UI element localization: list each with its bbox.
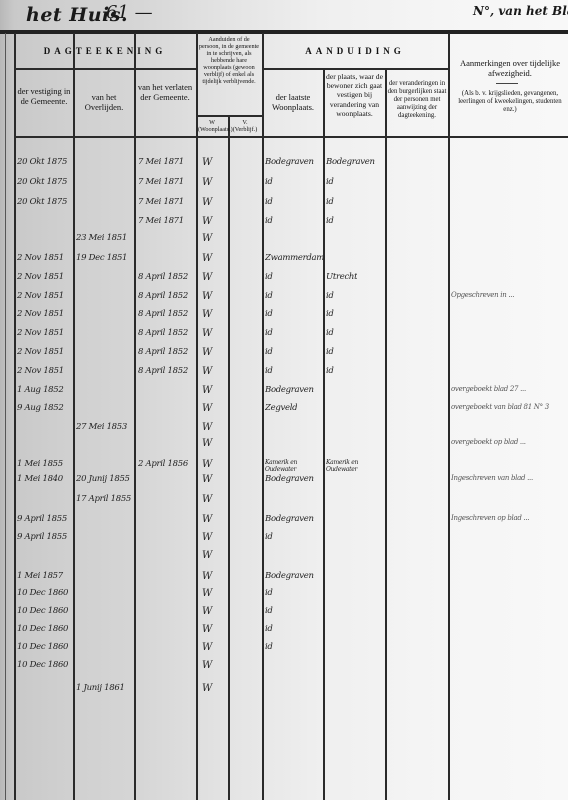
cell-plaats-vestigen: Kamerik en Oudewater bbox=[326, 459, 382, 473]
cell-woonplaats-verblijf: W bbox=[202, 403, 212, 414]
cell-woonplaats-verblijf: W bbox=[202, 309, 212, 320]
column-header-aanmerkingen: Aanmerkingen over tijdelijke afwezigheid… bbox=[452, 58, 568, 78]
cell-woonplaats-verblijf: W bbox=[202, 532, 212, 543]
cell-plaats-vestigen: id bbox=[326, 347, 334, 357]
margin-line bbox=[5, 33, 6, 800]
cell-verlaten: 7 Mei 1871 bbox=[138, 157, 184, 167]
cell-aanmerking: Opgeschreven in ... bbox=[451, 291, 514, 299]
cell-laatste-woonplaats: id bbox=[265, 272, 273, 282]
cell-vestiging: 2 Nov 1851 bbox=[17, 291, 64, 301]
header-rule bbox=[14, 68, 196, 70]
cell-woonplaats-verblijf: W bbox=[202, 422, 212, 433]
column-header-vestiging: der vestiging in de Gemeente. bbox=[16, 86, 72, 106]
column-line bbox=[385, 68, 387, 800]
cell-woonplaats-verblijf: W bbox=[202, 328, 212, 339]
column-header-w: W (Woonplaats.) bbox=[198, 119, 226, 133]
house-number-mark: 61 — bbox=[106, 2, 153, 23]
header-divider bbox=[496, 83, 518, 84]
cell-vestiging: 2 Nov 1851 bbox=[17, 272, 64, 282]
column-line bbox=[73, 33, 75, 800]
top-rule bbox=[0, 30, 568, 34]
cell-verlaten: 8 April 1852 bbox=[138, 291, 188, 301]
cell-vestiging: 9 Aug 1852 bbox=[17, 403, 64, 413]
cell-woonplaats-verblijf: W bbox=[202, 197, 212, 208]
cell-overlijden: 23 Mei 1851 bbox=[76, 233, 127, 243]
cell-laatste-woonplaats: id bbox=[265, 177, 273, 187]
cell-plaats-vestigen: Utrecht bbox=[326, 272, 357, 282]
column-header-laatste-woonplaats: der laatste Woonplaats. bbox=[266, 92, 320, 112]
cell-plaats-vestigen: id bbox=[326, 309, 334, 319]
cell-woonplaats-verblijf: W bbox=[202, 177, 212, 188]
column-line bbox=[134, 33, 136, 800]
register-page: het Huis. 61 — N°, van het Blad. DAGTEEK… bbox=[0, 0, 568, 800]
cell-woonplaats-verblijf: W bbox=[202, 571, 212, 582]
sheet-number-label: N°, van het Blad. bbox=[473, 4, 568, 18]
column-line bbox=[448, 33, 450, 800]
cell-plaats-vestigen: id bbox=[326, 197, 334, 207]
cell-verlaten: 8 April 1852 bbox=[138, 309, 188, 319]
cell-laatste-woonplaats: Bodegraven bbox=[265, 571, 314, 581]
cell-laatste-woonplaats: id bbox=[265, 291, 273, 301]
cell-vestiging: 20 Okt 1875 bbox=[17, 157, 67, 167]
cell-woonplaats-verblijf: W bbox=[202, 233, 212, 244]
cell-woonplaats-verblijf: W bbox=[202, 683, 212, 694]
column-header-plaats-vestigen: der plaats, waar de bewoner zich gaat ve… bbox=[325, 72, 384, 118]
column-line bbox=[196, 33, 198, 800]
cell-vestiging: 10 Dec 1860 bbox=[17, 624, 68, 634]
cell-vestiging: 2 Nov 1851 bbox=[17, 309, 64, 319]
cell-woonplaats-verblijf: W bbox=[202, 514, 212, 525]
cell-laatste-woonplaats: id bbox=[265, 328, 273, 338]
header-rule bbox=[262, 68, 448, 70]
cell-woonplaats-verblijf: W bbox=[202, 291, 212, 302]
cell-vestiging: 1 Mei 1855 bbox=[17, 459, 63, 469]
cell-vestiging: 1 Aug 1852 bbox=[17, 385, 64, 395]
column-header-veranderingen: der veranderingen in den burgerlijken st… bbox=[387, 80, 447, 120]
cell-woonplaats-verblijf: W bbox=[202, 216, 212, 227]
cell-vestiging: 10 Dec 1860 bbox=[17, 588, 68, 598]
cell-plaats-vestigen: id bbox=[326, 177, 334, 187]
cell-laatste-woonplaats: id bbox=[265, 366, 273, 376]
cell-vestiging: 10 Dec 1860 bbox=[17, 660, 68, 670]
header-bottom-rule bbox=[14, 136, 568, 138]
cell-plaats-vestigen: id bbox=[326, 328, 334, 338]
cell-aanmerking: overgeboekt op blad ... bbox=[451, 438, 526, 446]
cell-woonplaats-verblijf: W bbox=[202, 157, 212, 168]
cell-plaats-vestigen: Bodegraven bbox=[326, 157, 375, 167]
column-line bbox=[262, 33, 264, 800]
cell-woonplaats-verblijf: W bbox=[202, 474, 212, 485]
cell-woonplaats-verblijf: W bbox=[202, 366, 212, 377]
cell-plaats-vestigen: id bbox=[326, 216, 334, 226]
cell-vestiging: 1 Mei 1857 bbox=[17, 571, 63, 581]
cell-verlaten: 8 April 1852 bbox=[138, 272, 188, 282]
cell-plaats-vestigen: id bbox=[326, 291, 334, 301]
cell-vestiging: 20 Okt 1875 bbox=[17, 197, 67, 207]
cell-woonplaats-verblijf: W bbox=[202, 642, 212, 653]
dagteekening-heading: DAGTEEKENING bbox=[14, 46, 196, 56]
cell-vestiging: 1 Mei 1840 bbox=[17, 474, 63, 484]
column-header-verlaten: van het verlaten der Gemeente. bbox=[136, 82, 194, 102]
cell-verlaten: 2 April 1856 bbox=[138, 459, 188, 469]
cell-woonplaats-verblijf: W bbox=[202, 272, 212, 283]
cell-vestiging: 9 April 1855 bbox=[17, 532, 67, 542]
cell-aanmerking: Ingeschreven van blad ... bbox=[451, 474, 533, 482]
cell-laatste-woonplaats: id bbox=[265, 197, 273, 207]
cell-laatste-woonplaats: id bbox=[265, 624, 273, 634]
cell-aanmerking: overgeboekt blad 27 ... bbox=[451, 385, 526, 393]
cell-vestiging: 10 Dec 1860 bbox=[17, 606, 68, 616]
cell-verlaten: 7 Mei 1871 bbox=[138, 177, 184, 187]
column-line bbox=[323, 68, 325, 800]
cell-verlaten: 7 Mei 1871 bbox=[138, 197, 184, 207]
cell-aanmerking: Ingeschreven op blad ... bbox=[451, 514, 529, 522]
cell-verlaten: 8 April 1852 bbox=[138, 347, 188, 357]
cell-vestiging: 2 Nov 1851 bbox=[17, 253, 64, 263]
aanmerkingen-note: (Als b. v. krijgslieden, gevangenen, lee… bbox=[452, 90, 568, 114]
cell-overlijden: 1 Junij 1861 bbox=[76, 683, 125, 693]
cell-laatste-woonplaats: Kamerik en Oudewater bbox=[265, 459, 321, 473]
cell-woonplaats-verblijf: W bbox=[202, 347, 212, 358]
cell-overlijden: 17 April 1855 bbox=[76, 494, 131, 504]
cell-overlijden: 19 Dec 1851 bbox=[76, 253, 127, 263]
cell-woonplaats-verblijf: W bbox=[202, 494, 212, 505]
cell-vestiging: 2 Nov 1851 bbox=[17, 328, 64, 338]
cell-woonplaats-verblijf: W bbox=[202, 385, 212, 396]
cell-laatste-woonplaats: id bbox=[265, 309, 273, 319]
cell-laatste-woonplaats: id bbox=[265, 216, 273, 226]
cell-vestiging: 2 Nov 1851 bbox=[17, 366, 64, 376]
aanduiding-heading: AANDUIDING bbox=[262, 46, 448, 56]
cell-laatste-woonplaats: id bbox=[265, 532, 273, 542]
column-header-overlijden: van het Overlijden. bbox=[76, 92, 132, 112]
cell-verlaten: 7 Mei 1871 bbox=[138, 216, 184, 226]
cell-verlaten: 8 April 1852 bbox=[138, 366, 188, 376]
header-rule bbox=[196, 115, 262, 117]
cell-plaats-vestigen: id bbox=[326, 366, 334, 376]
column-line bbox=[14, 33, 16, 800]
cell-laatste-woonplaats: id bbox=[265, 588, 273, 598]
cell-vestiging: 2 Nov 1851 bbox=[17, 347, 64, 357]
cell-woonplaats-verblijf: W bbox=[202, 550, 212, 561]
cell-overlijden: 27 Mei 1853 bbox=[76, 422, 127, 432]
cell-laatste-woonplaats: Bodegraven bbox=[265, 385, 314, 395]
cell-laatste-woonplaats: Bodegraven bbox=[265, 474, 314, 484]
cell-overlijden: 20 Junij 1855 bbox=[76, 474, 130, 484]
cell-woonplaats-verblijf: W bbox=[202, 459, 212, 470]
cell-laatste-woonplaats: id bbox=[265, 347, 273, 357]
cell-woonplaats-verblijf: W bbox=[202, 253, 212, 264]
cell-vestiging: 10 Dec 1860 bbox=[17, 642, 68, 652]
cell-woonplaats-verblijf: W bbox=[202, 624, 212, 635]
cell-woonplaats-verblijf: W bbox=[202, 588, 212, 599]
cell-laatste-woonplaats: Bodegraven bbox=[265, 157, 314, 167]
cell-laatste-woonplaats: id bbox=[265, 606, 273, 616]
cell-aanmerking: overgeboekt van blad 81 N° 3 bbox=[451, 403, 549, 411]
column-line bbox=[228, 116, 230, 800]
cell-vestiging: 9 April 1855 bbox=[17, 514, 67, 524]
column-header-v: V. (Verblijf.) bbox=[230, 119, 260, 133]
cell-woonplaats-verblijf: W bbox=[202, 660, 212, 671]
cell-laatste-woonplaats: Zegveld bbox=[265, 403, 297, 413]
cell-laatste-woonplaats: id bbox=[265, 642, 273, 652]
cell-laatste-woonplaats: Bodegraven bbox=[265, 514, 314, 524]
cell-verlaten: 8 April 1852 bbox=[138, 328, 188, 338]
cell-woonplaats-verblijf: W bbox=[202, 438, 212, 449]
cell-laatste-woonplaats: Zwammerdam bbox=[265, 253, 323, 263]
column-header-verblijf: Aanduiden of de persoon, in de gemeente … bbox=[198, 36, 260, 85]
cell-vestiging: 20 Okt 1875 bbox=[17, 177, 67, 187]
cell-woonplaats-verblijf: W bbox=[202, 606, 212, 617]
